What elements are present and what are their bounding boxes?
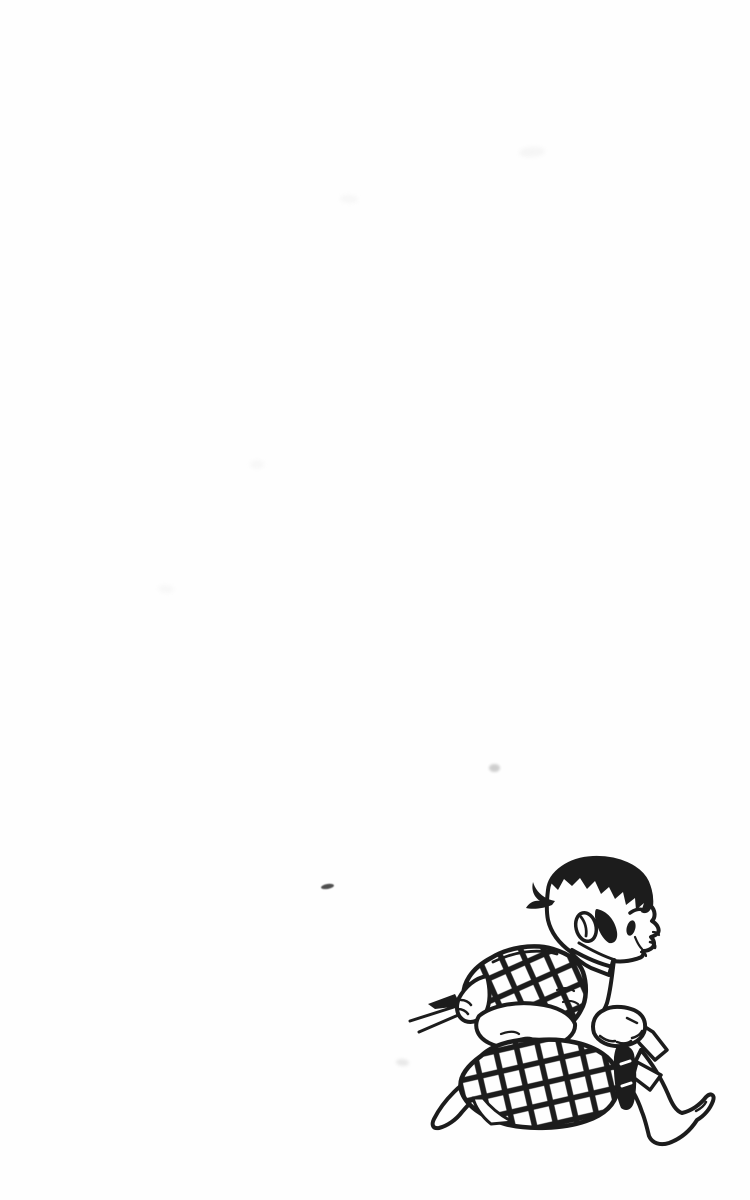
skirt [460,1040,618,1128]
scan-speck [158,584,175,594]
running-child-illustration: Ink drawing of a toddler with a sproutin… [395,848,725,1158]
scan-speck [321,883,335,890]
scan-speck [340,195,358,204]
fist [593,1007,645,1046]
scan-speck [519,146,546,158]
stick-props [410,994,463,1032]
scan-speck [250,460,264,469]
scan-speck [489,764,500,772]
running-child-svg: Ink drawing of a toddler with a sproutin… [395,848,725,1158]
page: Ink drawing of a toddler with a sproutin… [0,0,750,1200]
